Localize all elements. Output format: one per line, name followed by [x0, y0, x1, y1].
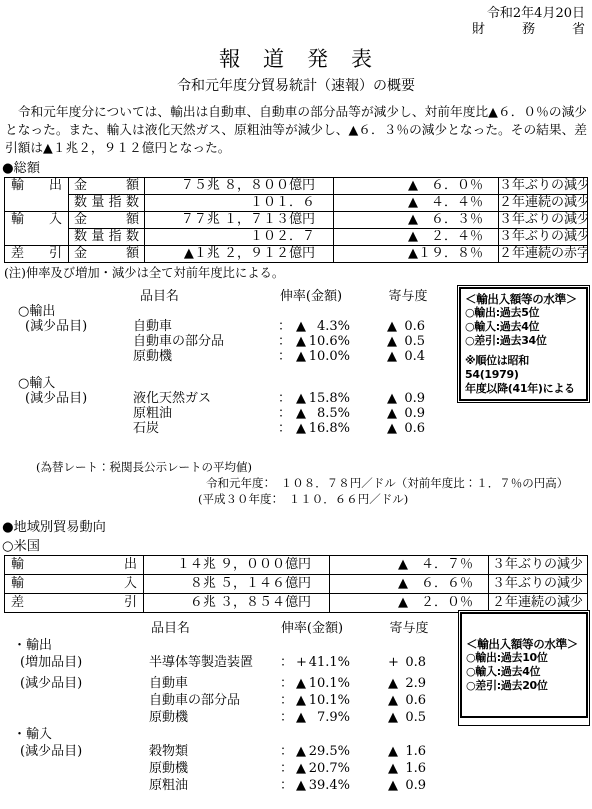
- growth-sign: ▲: [296, 334, 306, 349]
- item-row: 原粗油 ： ▲8.5% ▲0.9: [18, 406, 592, 421]
- item-growth: ▲39.4%: [296, 777, 350, 794]
- contrib-sign: ▲: [387, 319, 397, 334]
- colon-separator: ：: [278, 391, 296, 406]
- growth-sign: ▲: [296, 349, 306, 364]
- table-footnote: (注)伸率及び増加・減少は全て対前年度比による。: [4, 265, 592, 281]
- cell-note: ３年ぶりの減少: [499, 212, 588, 229]
- box-line: ○輸出:過去5位: [465, 306, 582, 320]
- cell-note: ３年ぶりの減少: [489, 575, 588, 594]
- column-header-contribution: 寄与度: [387, 289, 429, 304]
- group-label-import: ・輸入: [13, 726, 149, 743]
- growth-sign: ▲: [296, 319, 306, 334]
- item-contribution: +0.8: [388, 654, 426, 671]
- contrib-sign: ▲: [387, 406, 397, 421]
- usa-table: 輸 出 １４兆 ９，０００億円 ▲ ４．７％ ３年ぶりの減少 輸 入 ８兆 ５，…: [4, 555, 588, 613]
- colon-separator: ：: [278, 349, 296, 364]
- contrib-sign: ▲: [388, 692, 398, 709]
- cell-note: ３年ぶりの減少: [499, 229, 588, 246]
- item-growth: ▲16.8%: [296, 421, 350, 436]
- growth-value: 10.6%: [309, 334, 350, 349]
- cell-percent: ▲ ４．７％: [330, 556, 489, 575]
- column-header-item: 品目名: [133, 289, 278, 304]
- row-label-import: 輸 入: [5, 575, 144, 594]
- item-contribution: ▲1.6: [388, 760, 426, 777]
- box-line: ○輸出:過去10位: [466, 651, 582, 665]
- page-subtitle: 令和元年度分貿易統計（速報）の概要: [0, 78, 592, 95]
- row-label-balance: 差 引: [5, 594, 144, 613]
- fx-current-rate: 令和元年度： １０８．７８円／ドル（対前年度比：１．７％の円高）: [206, 475, 592, 491]
- growth-sign: ▲: [296, 709, 306, 726]
- growth-sign: ▲: [296, 692, 306, 709]
- box-line: ○差引:過去20位: [466, 679, 582, 693]
- box-title: ＜輸出入額等の水準＞: [465, 292, 582, 306]
- contrib-value: 0.5: [404, 334, 425, 349]
- cell-note: ２年連続の赤字: [499, 246, 588, 263]
- exchange-rate-block: (為替レート：税関長公示レートの平均値) 令和元年度： １０８．７８円／ドル（対…: [0, 459, 592, 507]
- level-ranking-box: ＜輸出入額等の水準＞ ○輸出:過去5位 ○輸入:過去4位 ○差引:過去34位 ※…: [457, 285, 590, 403]
- item-row: 原粗油 ： ▲39.4% ▲0.9: [13, 777, 592, 794]
- growth-value: 4.3%: [317, 319, 350, 334]
- country-heading-usa: ○米国: [2, 539, 592, 555]
- subgroup-label-increase: (増加品目): [13, 654, 149, 671]
- item-growth: ▲8.5%: [296, 406, 350, 421]
- table-row: 数量指数 １０１．６ ▲ ４．４％ ２年連続の減少: [5, 195, 588, 212]
- cell-amount: １０２．７: [145, 229, 334, 246]
- growth-value: 29.5%: [309, 743, 350, 760]
- growth-sign: ▲: [296, 421, 306, 436]
- table-row: 輸 出 金 額 ７５兆 ８，８００億円 ▲ ６．０％ ３年ぶりの減少: [5, 178, 588, 195]
- colon-separator: ：: [278, 334, 296, 349]
- ministry-line: 財 務 省: [0, 22, 585, 38]
- table-row: 数量指数 １０２．７ ▲ ２．４％ ３年ぶりの減少: [5, 229, 588, 246]
- colon-separator: ：: [280, 654, 296, 671]
- ministry-name: 財 務 省: [472, 22, 585, 38]
- table-row: 差 引 金 額 ▲１兆 ２，９１２億円 ▲１９．８％ ２年連続の赤字: [5, 246, 588, 263]
- contrib-value: 1.6: [405, 760, 426, 777]
- cell-percent: ▲１９．８％: [334, 246, 499, 263]
- cell-sublabel: 数量指数: [69, 195, 145, 212]
- contrib-value: 0.9: [405, 777, 426, 794]
- item-name: 半導体等製造装置: [149, 654, 280, 671]
- growth-sign: ▲: [296, 675, 306, 692]
- page-title: 報 道 発 表: [0, 46, 592, 72]
- item-growth: ▲7.9%: [296, 709, 350, 726]
- contrib-value: 2.9: [405, 675, 426, 692]
- subgroup-label: (減少品目): [13, 743, 149, 760]
- level-ranking-box-inner: ＜輸出入額等の水準＞ ○輸出:過去5位 ○輸入:過去4位 ○差引:過去34位 ※…: [459, 287, 588, 401]
- cell-amount: １０１．６: [145, 195, 334, 212]
- contrib-sign: ▲: [388, 675, 398, 692]
- growth-value: 10.1%: [309, 675, 350, 692]
- group-label-import: ○輸入: [18, 376, 133, 391]
- growth-value: 20.7%: [309, 760, 350, 777]
- box-footnote-line: 年度以降(41年)による: [465, 382, 582, 396]
- contrib-value: 0.6: [404, 319, 425, 334]
- item-contribution: ▲0.6: [387, 421, 425, 436]
- colon-separator: ：: [280, 675, 296, 692]
- contrib-value: 1.6: [405, 743, 426, 760]
- cell-amount: ７５兆 ８，８００億円: [145, 178, 334, 195]
- subgroup-label: (減少品目): [18, 391, 133, 406]
- item-row: (減少品目) 穀物類 ： ▲29.5% ▲1.6: [13, 743, 592, 760]
- item-contribution: ▲0.5: [387, 334, 425, 349]
- cell-sublabel: 金 額: [69, 246, 145, 263]
- item-growth: ▲20.7%: [296, 760, 350, 777]
- item-name: 原動機: [149, 760, 280, 777]
- item-growth: ▲15.8%: [296, 391, 350, 406]
- item-name: 原粗油: [133, 406, 278, 421]
- fx-caption: (為替レート：税関長公示レートの平均値): [36, 459, 592, 475]
- box-line: ○輸入:過去4位: [465, 320, 582, 334]
- growth-value: 15.8%: [309, 391, 350, 406]
- section-heading-regional: ●地域別貿易動向: [2, 519, 592, 536]
- cell-sublabel: 数量指数: [69, 229, 145, 246]
- growth-sign: ▲: [296, 743, 306, 760]
- cell-sublabel: 金 額: [69, 178, 145, 195]
- contrib-sign: ▲: [387, 421, 397, 436]
- contrib-sign: ▲: [388, 709, 398, 726]
- item-name: 原粗油: [149, 777, 280, 794]
- contrib-value: 0.8: [405, 654, 426, 671]
- cell-amount: １４兆 ９，０００億円: [144, 556, 330, 575]
- level-ranking-box: ＜輸出入額等の水準＞ ○輸出:過去10位 ○輸入:過去4位 ○差引:過去20位: [458, 610, 590, 726]
- cell-note: ２年連続の減少: [499, 195, 588, 212]
- row-label-export: 輸 出: [5, 178, 69, 212]
- column-header-contribution: 寄与度: [388, 620, 430, 637]
- level-ranking-box-inner: ＜輸出入額等の水準＞ ○輸出:過去10位 ○輸入:過去4位 ○差引:過去20位: [460, 612, 588, 718]
- growth-value: 16.8%: [309, 421, 350, 436]
- cell-percent: ▲ ６．０％: [334, 178, 499, 195]
- item-contribution: ▲0.9: [387, 406, 425, 421]
- table-row: 輸 入 金 額 ７７兆 １，７１３億円 ▲ ６．３％ ３年ぶりの減少: [5, 212, 588, 229]
- contrib-value: 0.6: [405, 692, 426, 709]
- cell-note: ３年ぶりの減少: [499, 178, 588, 195]
- table-row: 輸 入 ８兆 ５，１４６億円 ▲ ６．６％ ３年ぶりの減少: [5, 575, 588, 594]
- cell-percent: ▲ ６．３％: [334, 212, 499, 229]
- growth-sign: ▲: [296, 760, 306, 777]
- group-row: ・輸入: [13, 726, 592, 743]
- cell-amount: ６兆 ３，８５４億円: [144, 594, 330, 613]
- growth-value: 7.9%: [317, 709, 350, 726]
- press-release-page: 令和2年4月20日 財 務 省 報 道 発 表 令和元年度分貿易統計（速報）の概…: [0, 0, 592, 809]
- colon-separator: ：: [278, 319, 296, 334]
- item-name: 原動機: [133, 349, 278, 364]
- item-growth: ▲4.3%: [296, 319, 350, 334]
- totals-table: 輸 出 金 額 ７５兆 ８，８００億円 ▲ ６．０％ ３年ぶりの減少 数量指数 …: [4, 177, 588, 263]
- growth-value: 8.5%: [317, 406, 350, 421]
- growth-value: 41.1%: [309, 654, 350, 671]
- row-label-export: 輸 出: [5, 556, 144, 575]
- total-items-section: 品目名 伸率(金額) 寄与度 ○輸出 (減少品目) 自動車 ： ▲4.3% ▲0…: [18, 289, 592, 436]
- item-name: 自動車の部分品: [133, 334, 278, 349]
- item-name: 液化天然ガス: [133, 391, 278, 406]
- item-name: 穀物類: [149, 743, 280, 760]
- item-contribution: ▲0.9: [387, 391, 425, 406]
- item-growth: ▲10.6%: [296, 334, 350, 349]
- column-header-growth: 伸率(金額): [274, 620, 350, 637]
- header-meta: 令和2年4月20日 財 務 省: [0, 6, 592, 38]
- item-growth: ▲10.1%: [296, 692, 350, 709]
- box-title: ＜輸出入額等の水準＞: [466, 637, 582, 651]
- colon-separator: ：: [280, 709, 296, 726]
- release-date: 令和2年4月20日: [0, 6, 585, 22]
- growth-value: 10.0%: [309, 349, 350, 364]
- cell-percent: ▲ ２．４％: [334, 229, 499, 246]
- contrib-sign: ▲: [387, 349, 397, 364]
- column-header-item: 品目名: [149, 620, 280, 637]
- item-name: 自動車の部分品: [149, 692, 280, 709]
- cell-amount: ７７兆 １，７１３億円: [145, 212, 334, 229]
- colon-separator: ：: [278, 406, 296, 421]
- item-contribution: ▲2.9: [388, 675, 426, 692]
- item-growth: ▲10.1%: [296, 675, 350, 692]
- item-growth: ▲29.5%: [296, 743, 350, 760]
- contrib-sign: ▲: [388, 777, 398, 794]
- contrib-value: 0.9: [404, 391, 425, 406]
- item-growth: +41.1%: [296, 654, 350, 671]
- colon-separator: ：: [278, 421, 296, 436]
- contrib-sign: +: [388, 654, 399, 671]
- fx-previous-rate: (平成３０年度： １１０．６６円／ドル): [198, 491, 592, 507]
- colon-separator: ：: [280, 692, 296, 709]
- contrib-sign: ▲: [387, 391, 397, 406]
- usa-items-section: 品目名 伸率(金額) 寄与度 ・輸出 (増加品目) 半導体等製造装置 ： +41…: [13, 620, 592, 794]
- item-row: 石炭 ： ▲16.8% ▲0.6: [18, 421, 592, 436]
- section-heading-totals: ●総額: [2, 160, 592, 177]
- item-contribution: ▲1.6: [388, 743, 426, 760]
- group-label-export: ○輸出: [18, 304, 133, 319]
- item-name: 自動車: [149, 675, 280, 692]
- contrib-value: 0.4: [404, 349, 425, 364]
- cell-amount: ▲１兆 ２，９１２億円: [145, 246, 334, 263]
- growth-sign: ▲: [296, 391, 306, 406]
- growth-sign: ▲: [296, 777, 306, 794]
- subgroup-label: (減少品目): [18, 319, 133, 334]
- growth-value: 39.4%: [309, 777, 350, 794]
- intro-paragraph: 令和元年度分については、輸出は自動車、自動車の部分品等が減少し、対前年度比▲６．…: [5, 103, 587, 157]
- contrib-sign: ▲: [388, 760, 398, 777]
- contrib-value: 0.6: [404, 421, 425, 436]
- column-header-growth: 伸率(金額): [272, 289, 350, 304]
- box-line: ○輸入:過去4位: [466, 665, 582, 679]
- colon-separator: ：: [280, 777, 296, 794]
- growth-value: 10.1%: [309, 692, 350, 709]
- contrib-sign: ▲: [387, 334, 397, 349]
- box-footnote-line: ※順位は昭和54(1979): [465, 354, 582, 382]
- row-label-balance: 差 引: [5, 246, 69, 263]
- table-row: 輸 出 １４兆 ９，０００億円 ▲ ４．７％ ３年ぶりの減少: [5, 556, 588, 575]
- item-name: 自動車: [133, 319, 278, 334]
- box-line: ○差引:過去34位: [465, 334, 582, 348]
- cell-percent: ▲ ６．６％: [330, 575, 489, 594]
- subgroup-label-decrease: (減少品目): [13, 675, 149, 692]
- growth-sign: ▲: [296, 406, 306, 421]
- contrib-sign: ▲: [388, 743, 398, 760]
- item-growth: ▲10.0%: [296, 349, 350, 364]
- colon-separator: ：: [280, 760, 296, 777]
- item-contribution: ▲0.6: [387, 319, 425, 334]
- cell-percent: ▲ ４．４％: [334, 195, 499, 212]
- item-contribution: ▲0.9: [388, 777, 426, 794]
- group-label-export: ・輸出: [13, 637, 149, 654]
- cell-sublabel: 金 額: [69, 212, 145, 229]
- item-name: 石炭: [133, 421, 278, 436]
- item-contribution: ▲0.5: [388, 709, 426, 726]
- cell-note: ３年ぶりの減少: [489, 556, 588, 575]
- item-row: 原動機 ： ▲20.7% ▲1.6: [13, 760, 592, 777]
- item-contribution: ▲0.6: [388, 692, 426, 709]
- contrib-value: 0.9: [404, 406, 425, 421]
- cell-amount: ８兆 ５，１４６億円: [144, 575, 330, 594]
- item-contribution: ▲0.4: [387, 349, 425, 364]
- row-label-import: 輸 入: [5, 212, 69, 246]
- contrib-value: 0.5: [405, 709, 426, 726]
- growth-sign: +: [296, 654, 307, 671]
- item-name: 原動機: [149, 709, 280, 726]
- colon-separator: ：: [280, 743, 296, 760]
